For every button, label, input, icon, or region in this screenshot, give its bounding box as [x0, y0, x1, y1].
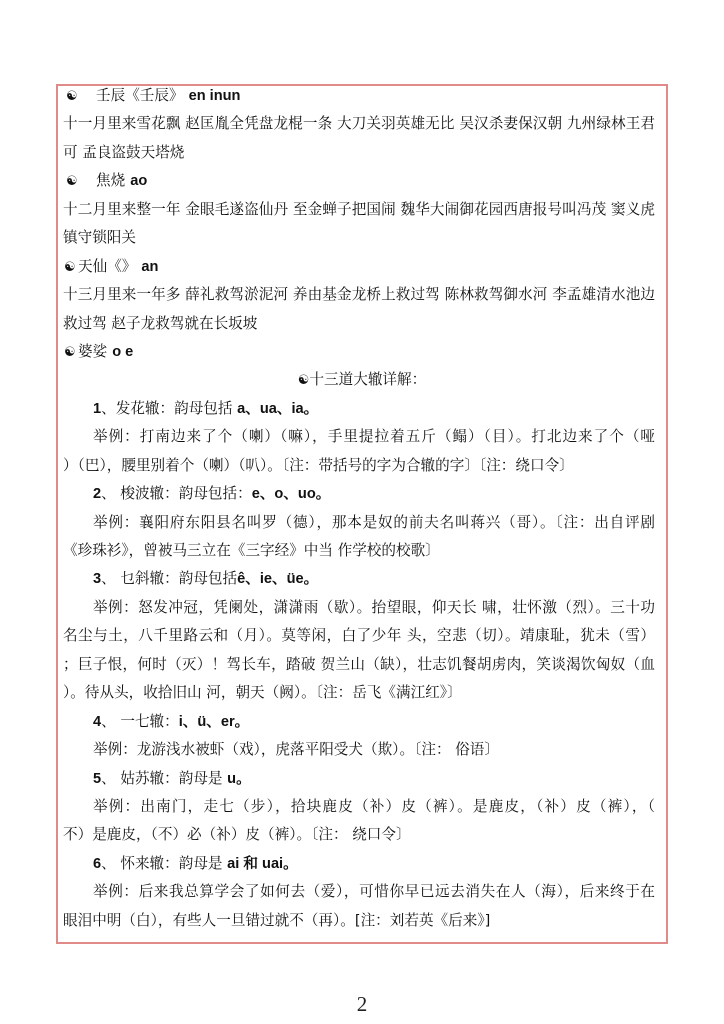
song-title: 焦烧 — [96, 172, 125, 189]
example-line: ）（巴），腰里别着个（喇）（叭）。〔注：带括号的字为合辙的字〕〔注：绕口令〕 — [63, 452, 663, 480]
verse-line: 可 孟良盗鼓天塔烧 — [63, 139, 663, 167]
rhyme-item-heading: 6、 怀来辙：韵母是 ai 和 uai。 — [63, 850, 663, 878]
song-title: 婆娑 — [78, 343, 107, 360]
song-heading: ☯焦烧ao — [63, 167, 663, 195]
yin-yang-icon: ☯ — [298, 374, 310, 387]
item-label: 、 怀来辙：韵母是 — [101, 855, 227, 872]
example-line: 举例：后来我总算学会了如何去（爱），可惜你早已远去消失在人（海），后来终于在 — [63, 878, 655, 906]
verse-line: 十三月里来一年多 薛礼救驾淤泥河 养由基金龙桥上救过驾 陈林救驾御水河 李孟雄清… — [63, 281, 655, 309]
verse-line: 镇守锁阳关 — [63, 224, 663, 252]
document-body: ☯壬辰《壬辰》en inun 十一月里来雪花飘 赵匡胤全凭盘龙棍一条 大刀关羽英… — [63, 82, 663, 935]
song-heading: ☯婆娑o e — [63, 338, 663, 366]
item-number: 4 — [93, 714, 101, 730]
item-finals: ai 和 uai。 — [227, 856, 298, 872]
yin-yang-icon: ☯ — [63, 346, 78, 359]
item-finals: u。 — [227, 771, 251, 787]
example-line: 举例：襄阳府东阳县名叫罗（德），那本是奴的前夫名叫蒋兴（哥）。〔注：出自评剧 — [63, 509, 655, 537]
item-label: 、 梭波辙：韵母包括： — [101, 485, 252, 502]
section-title: ☯十三道大辙详解： — [63, 366, 661, 394]
yin-yang-icon: ☯ — [63, 175, 96, 188]
example-line: 《珍珠衫》，曾被马三立在《三字经》中当 作学校的校歌〕 — [63, 537, 663, 565]
example-line: 名尘与土，八千里路云和（月）。莫等闲，白了少年 头，空悲（切）。靖康耻，犹未（雪… — [63, 622, 655, 650]
page-number: 2 — [0, 992, 724, 1017]
example-line: 不）是鹿皮，（不）必（补）皮（裤）。〔注： 绕口令〕 — [63, 821, 663, 849]
item-label: 、 乜斜辙：韵母包括 — [101, 570, 237, 587]
section-title-text: 十三道大辙详解： — [309, 371, 426, 388]
item-label: 、 一七辙： — [101, 713, 179, 730]
item-number: 3 — [93, 571, 101, 587]
example-line: 眼泪中明（白），有些人一旦错过就不（再）。[注：刘若英《后来》] — [63, 907, 663, 935]
item-label: 、发花辙：韵母包括 — [101, 400, 237, 417]
rhyme-item-heading: 3、 乜斜辙：韵母包括ê、ie、üe。 — [63, 565, 663, 593]
song-rhyme: o e — [112, 344, 133, 360]
rhyme-item-heading: 1、发花辙：韵母包括 a、ua、ia。 — [63, 395, 663, 423]
song-rhyme: an — [141, 259, 158, 275]
item-label: 、 姑苏辙：韵母是 — [101, 770, 227, 787]
song-title: 天仙《》 — [78, 258, 136, 275]
verse-line: 救过驾 赵子龙救驾就在长坂坡 — [63, 310, 663, 338]
item-number: 6 — [93, 856, 101, 872]
item-number: 2 — [93, 486, 101, 502]
item-number: 1 — [93, 401, 101, 417]
song-heading: ☯天仙《》an — [63, 253, 663, 281]
item-finals: i、ü、er。 — [179, 714, 250, 730]
song-rhyme: ao — [130, 173, 147, 189]
rhyme-item-heading: 2、 梭波辙：韵母包括：e、o、uo。 — [63, 480, 663, 508]
example-line: ；巨子恨，何时（灭）！驾长车，踏破 贺兰山（缺），壮志饥餐胡虏肉，笑谈渴饮匈奴（… — [63, 651, 655, 679]
example-line: 举例：龙游浅水被虾（戏），虎落平阳受犬（欺）。〔注： 俗语〕 — [63, 736, 663, 764]
example-line: ）。待从头，收拾旧山 河，朝天（阙）。〔注：岳飞《满江红》〕 — [63, 679, 663, 707]
item-number: 5 — [93, 771, 101, 787]
yin-yang-icon: ☯ — [63, 261, 78, 274]
verse-line: 十一月里来雪花飘 赵匡胤全凭盘龙棍一条 大刀关羽英雄无比 吴汉杀妻保汉朝 九州绿… — [63, 110, 655, 138]
example-line: 举例：打南边来了个（喇）（嘛），手里提拉着五斤（鳎）（目）。打北边来了个（哑 — [63, 423, 655, 451]
rhyme-item-heading: 5、 姑苏辙：韵母是 u。 — [63, 765, 663, 793]
verse-line: 十二月里来整一年 金眼毛遂盗仙丹 至金蝉子把国闹 魏华大闹御花园西唐报号叫冯茂 … — [63, 196, 655, 224]
song-heading: ☯壬辰《壬辰》en inun — [63, 82, 663, 110]
item-finals: a、ua、ia。 — [237, 401, 318, 417]
item-finals: ê、ie、üe。 — [237, 571, 318, 587]
rhyme-item-heading: 4、 一七辙：i、ü、er。 — [63, 708, 663, 736]
song-rhyme: en inun — [189, 88, 241, 104]
item-finals: e、o、uo。 — [252, 486, 331, 502]
example-line: 举例：出南门，走七（步），拾块鹿皮（补）皮（裤）。是鹿皮，（补）皮（裤），（ — [63, 793, 655, 821]
yin-yang-icon: ☯ — [63, 90, 96, 103]
example-line: 举例：怒发冲冠，凭阑处，潇潇雨（歇）。抬望眼，仰天长 啸，壮怀激（烈）。三十功 — [63, 594, 655, 622]
song-title: 壬辰《壬辰》 — [96, 87, 184, 104]
